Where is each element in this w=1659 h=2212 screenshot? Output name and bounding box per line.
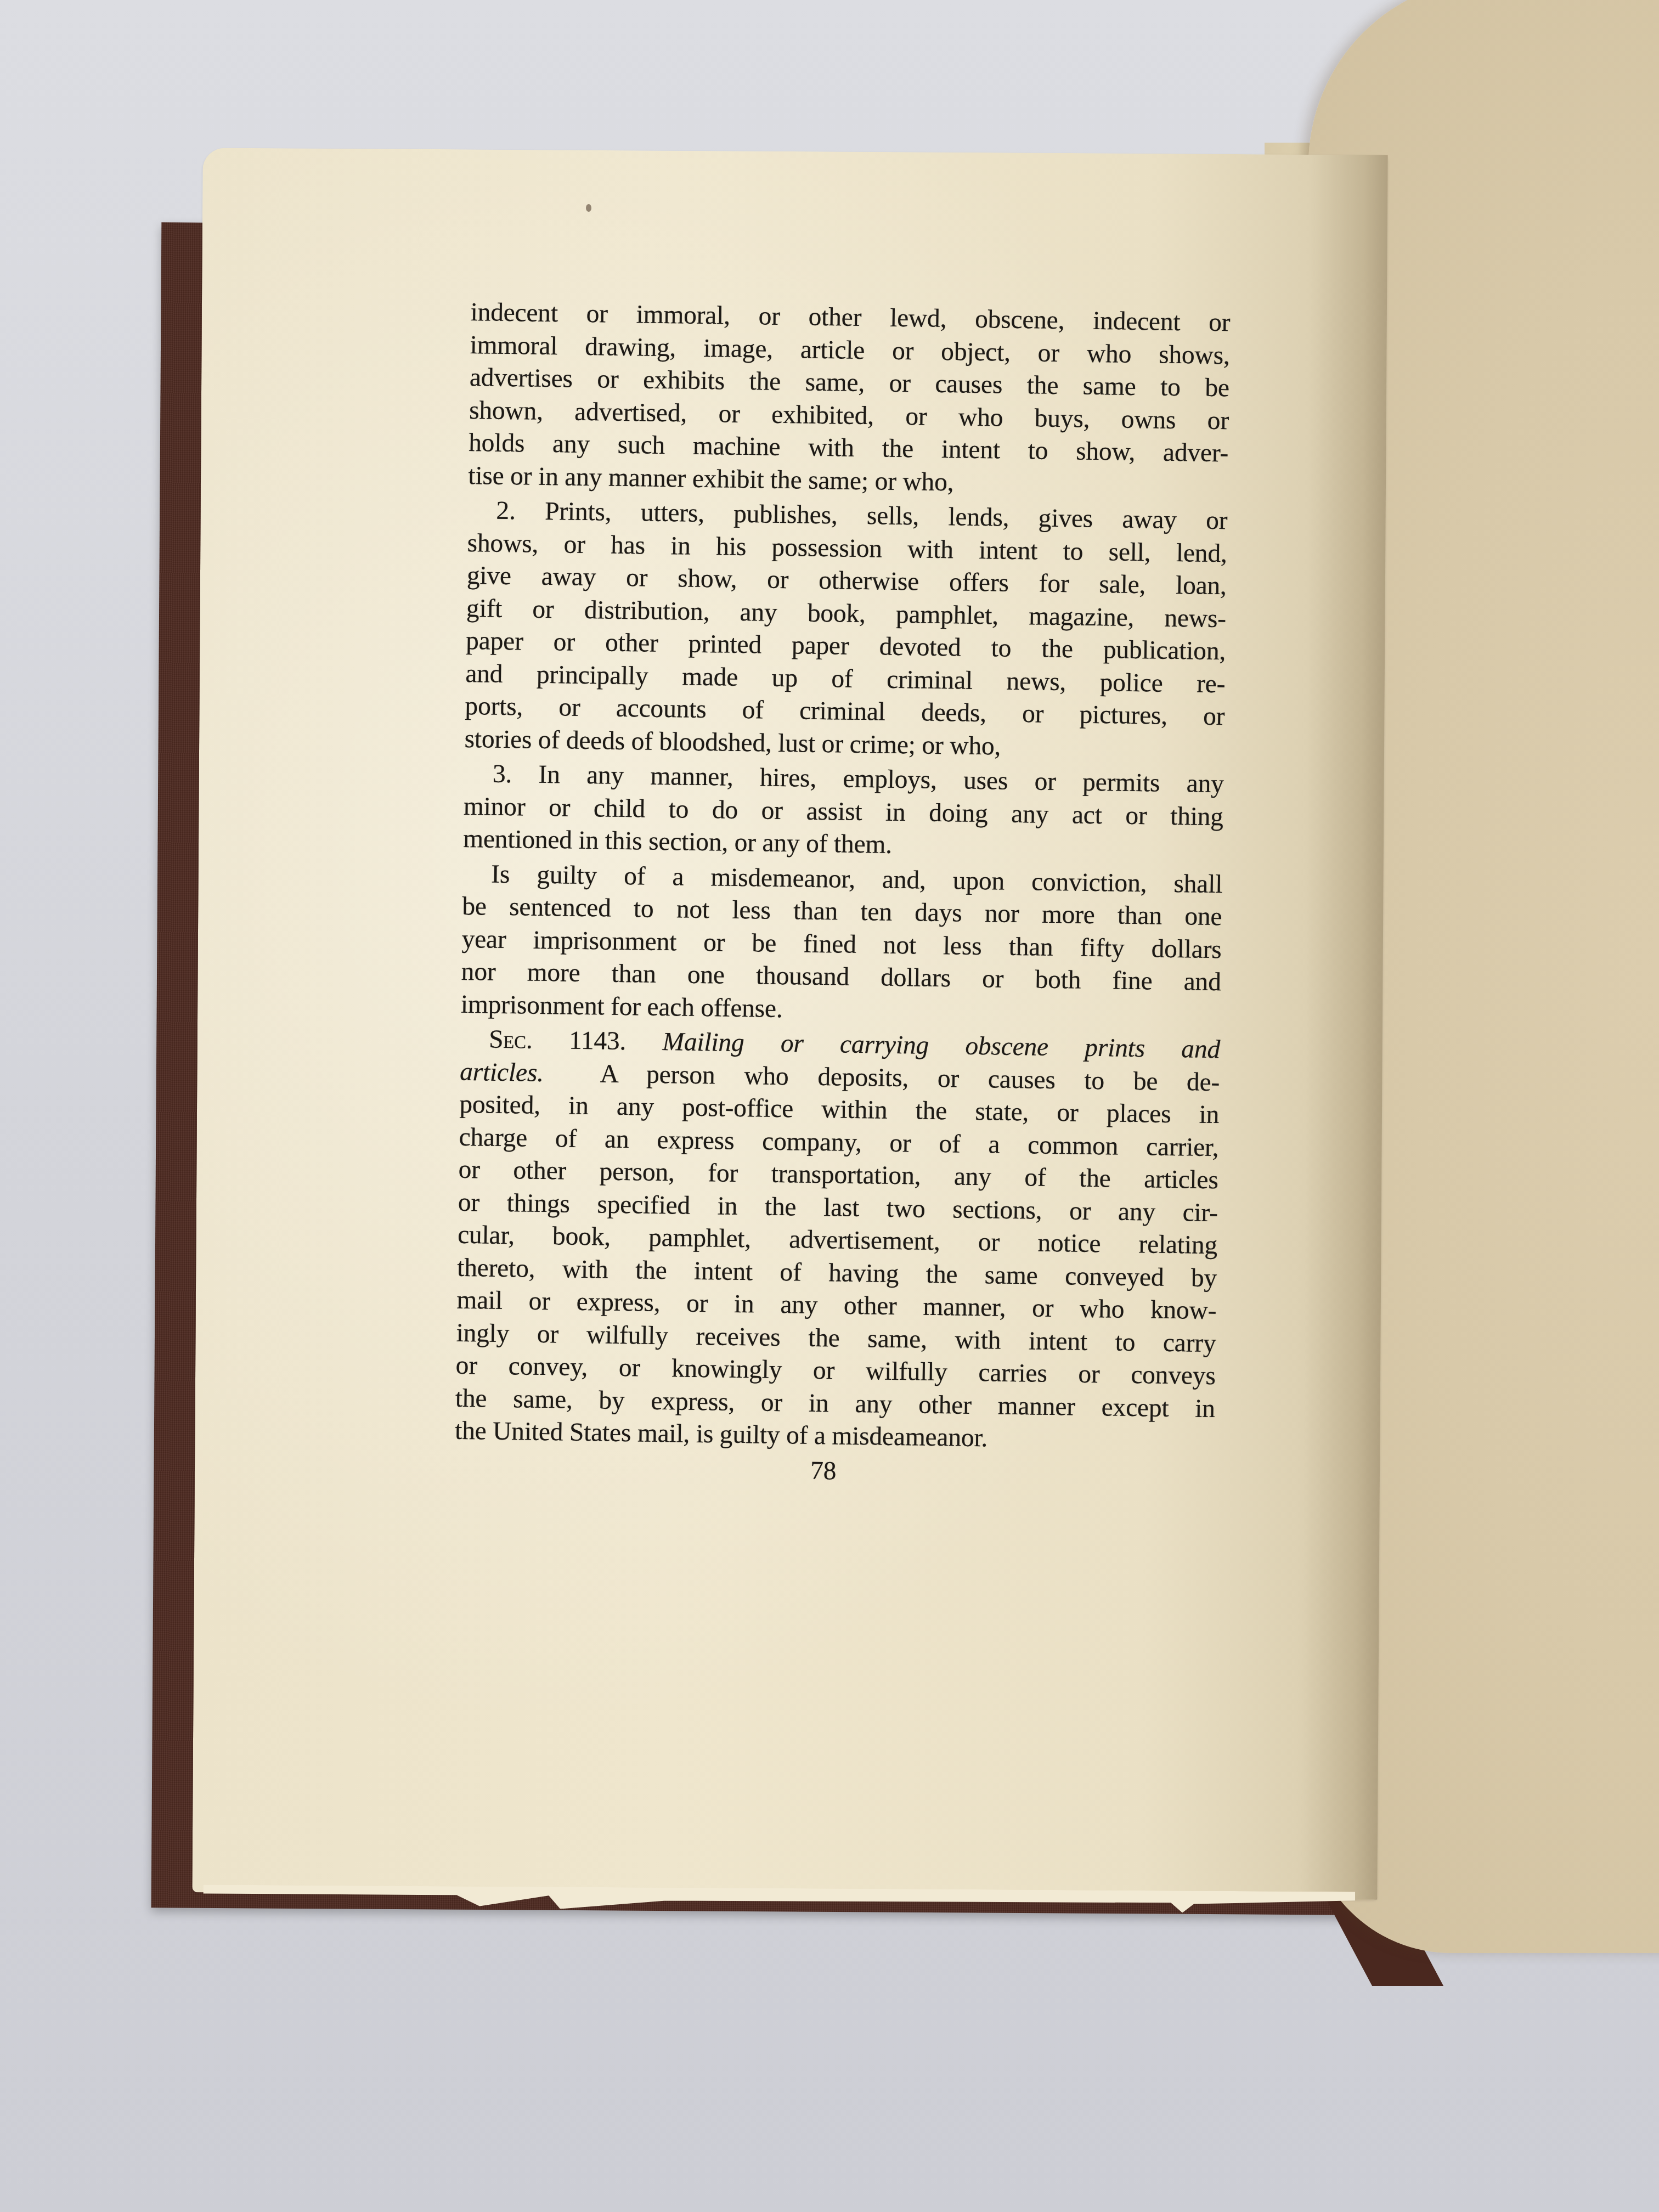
paper-speck — [586, 204, 591, 212]
paragraph-sec-1143: Sec. 1143. Mailing or carrying obscene p… — [455, 1023, 1221, 1458]
paragraph-penalty: Is guilty of a misdemeanor, and, upon co… — [461, 857, 1223, 1031]
paragraph-clause-3: 3. In any manner, hires, employs, uses o… — [463, 758, 1224, 866]
page-gutter-shadow — [1300, 155, 1387, 1900]
text-fragment: A person who deposits, or causes to be d… — [600, 1059, 1220, 1097]
paragraph-continuation: indecent or immoral, or other lewd, obsc… — [468, 296, 1231, 503]
paragraph-clause-2: 2. Prints, utters, publishes, sells, len… — [464, 494, 1228, 766]
section-label: Sec. 1143. — [489, 1025, 627, 1056]
page-text: indecent or immoral, or other lewd, obsc… — [454, 296, 1231, 1493]
section-title-end: articles. — [460, 1057, 544, 1087]
section-title: Mailing or carrying obscene prints and — [662, 1028, 1220, 1064]
